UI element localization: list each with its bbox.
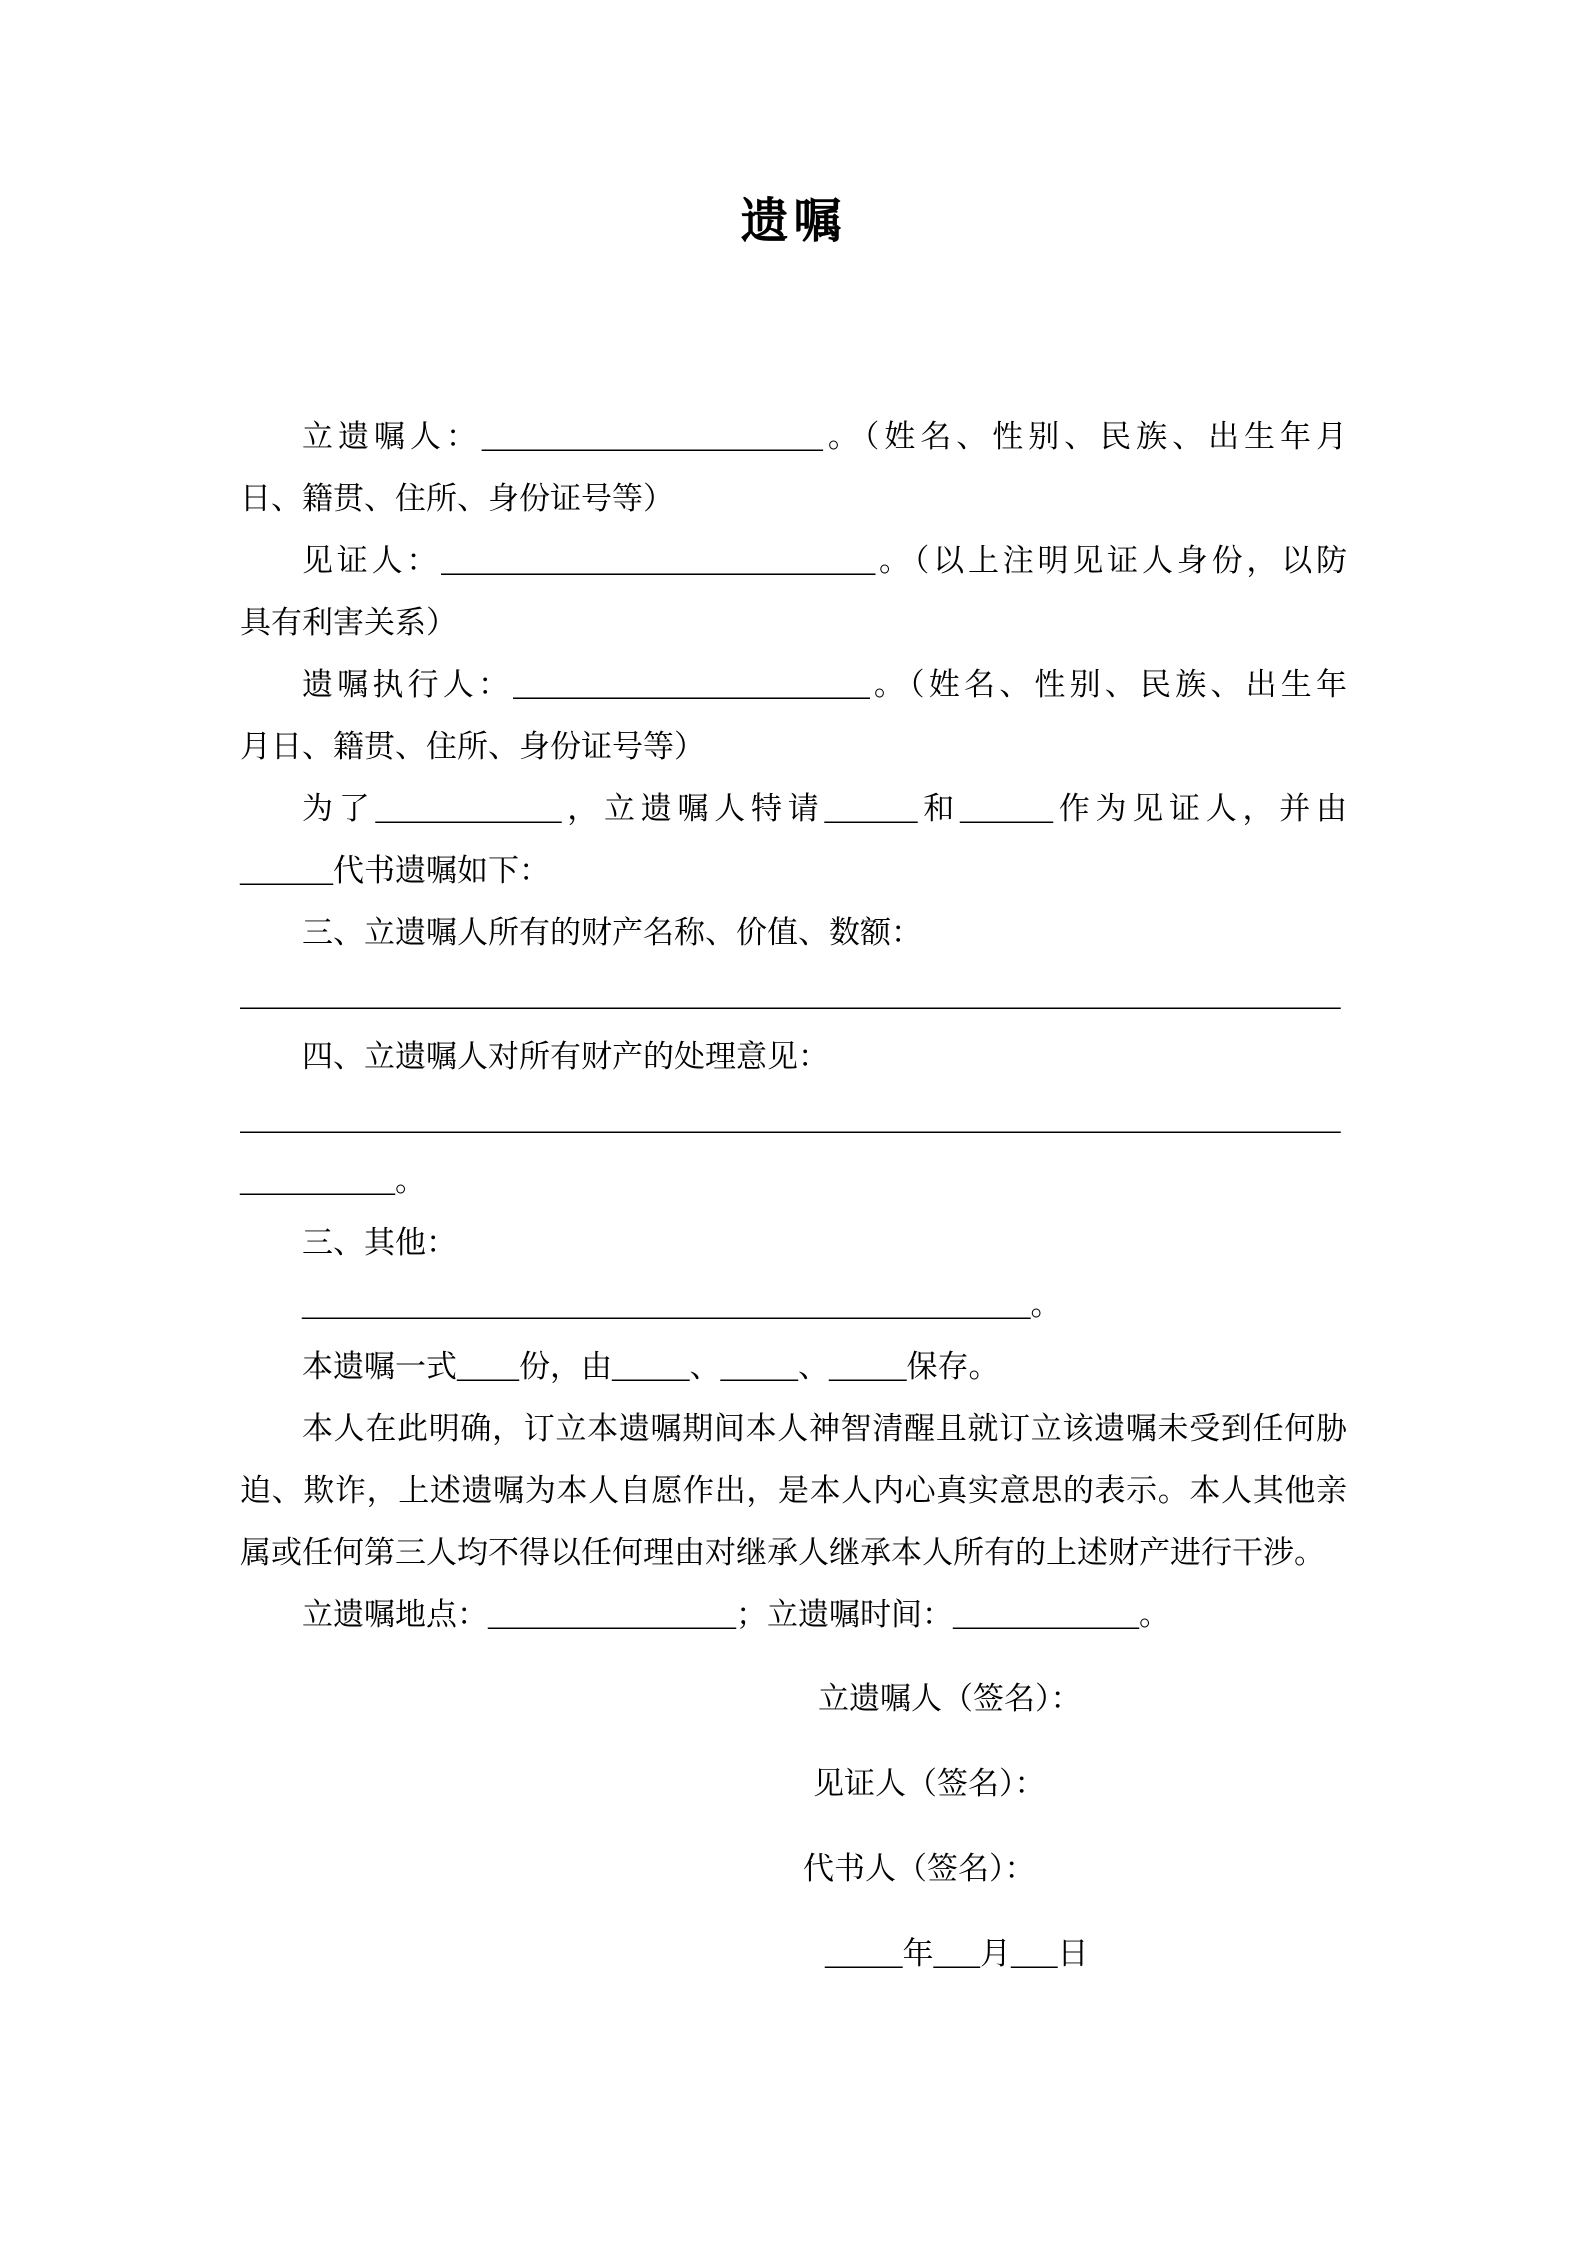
line-clause-4-disposal: 四、立遗嘱人对所有财产的处理意见： bbox=[240, 1026, 1347, 1088]
signature-testator: 立遗嘱人（签名）： bbox=[240, 1668, 1587, 1730]
signature-scribe: 代书人（签名）： bbox=[240, 1838, 1587, 1900]
line-clause-other: 三、其他： bbox=[240, 1212, 1347, 1274]
line-witness-blank: 见证人：____________________________。（以上注明见证… bbox=[240, 530, 1347, 592]
line-purpose-blank: 为了____________，立遗嘱人特请______和______作为见证人，… bbox=[240, 778, 1347, 840]
will-document-page: 遗嘱 立遗嘱人：______________________。（姓名、性别、民族… bbox=[0, 0, 1587, 2245]
blank-rule-other: ________________________________________… bbox=[240, 1274, 1347, 1336]
signature-date: _____年___月___日 bbox=[240, 1923, 1587, 1985]
line-executor-blank-wrap: 月日、籍贯、住所、身份证号等） bbox=[240, 716, 1347, 778]
signature-witness: 见证人（签名）： bbox=[240, 1753, 1587, 1815]
line-place-time: 立遗嘱地点：________________；立遗嘱时间：___________… bbox=[240, 1584, 1347, 1646]
document-body: 立遗嘱人：______________________。（姓名、性别、民族、出生… bbox=[240, 406, 1347, 1646]
line-clause-3-property: 三、立遗嘱人所有的财产名称、价值、数额： bbox=[240, 902, 1347, 964]
line-testator-blank-wrap: 日、籍贯、住所、身份证号等） bbox=[240, 468, 1347, 530]
line-purpose-blank-wrap: ______代书遗嘱如下： bbox=[240, 840, 1347, 902]
signature-block: 立遗嘱人（签名）： 见证人（签名）： 代书人（签名）： _____年___月__… bbox=[240, 1668, 1587, 1985]
line-declaration-2: 迫、欺诈，上述遗嘱为本人自愿作出，是本人内心真实意思的表示。本人其他亲 bbox=[240, 1460, 1347, 1522]
blank-rule-disposal: ________________________________________… bbox=[240, 1088, 1347, 1150]
blank-rule-property: ________________________________________… bbox=[240, 964, 1347, 1026]
document-title: 遗嘱 bbox=[0, 0, 1587, 248]
line-testator-blank: 立遗嘱人：______________________。（姓名、性别、民族、出生… bbox=[240, 406, 1347, 468]
line-copies: 本遗嘱一式____份，由_____、_____、_____保存。 bbox=[240, 1336, 1347, 1398]
blank-rule-disposal-end: __________。 bbox=[240, 1150, 1347, 1212]
line-declaration-3: 属或任何第三人均不得以任何理由对继承人继承本人所有的上述财产进行干涉。 bbox=[240, 1522, 1347, 1584]
line-declaration-1: 本人在此明确，订立本遗嘱期间本人神智清醒且就订立该遗嘱未受到任何胁 bbox=[240, 1398, 1347, 1460]
line-witness-blank-wrap: 具有利害关系） bbox=[240, 592, 1347, 654]
line-executor-blank: 遗嘱执行人：_______________________。（姓名、性别、民族、… bbox=[240, 654, 1347, 716]
